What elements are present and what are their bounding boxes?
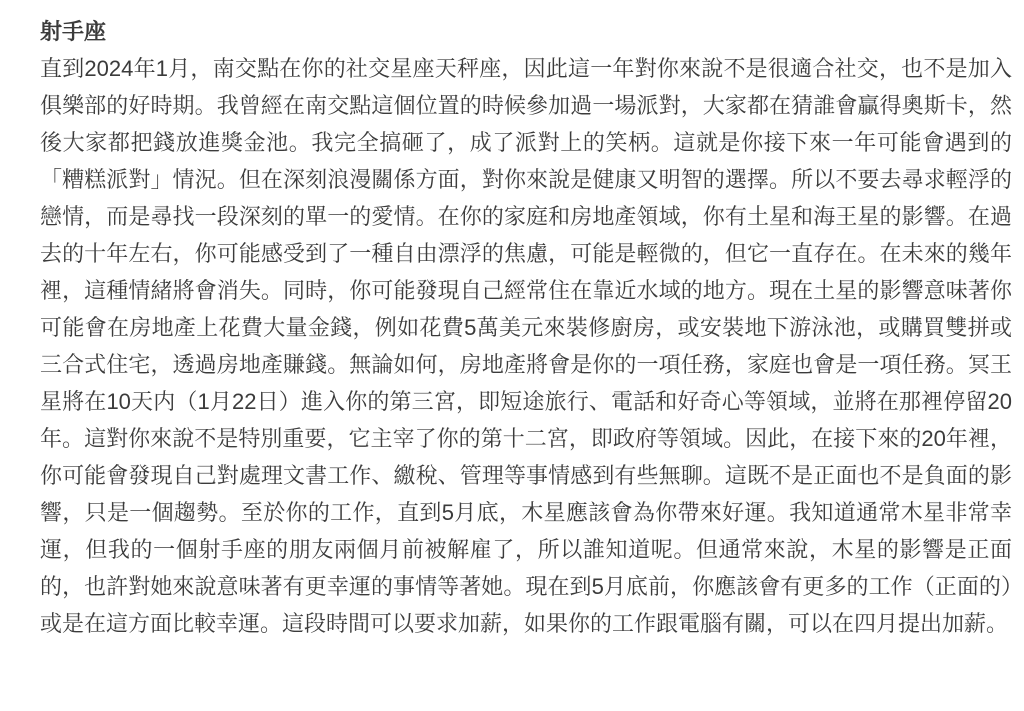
horoscope-document: 射手座 直到2024年1月，南交點在你的社交星座天秤座，因此這一年對你來說不是很… bbox=[0, 0, 1014, 642]
document-title: 射手座 bbox=[40, 13, 1014, 50]
document-body: 直到2024年1月，南交點在你的社交星座天秤座，因此這一年對你來說不是很適合社交… bbox=[40, 50, 1012, 642]
